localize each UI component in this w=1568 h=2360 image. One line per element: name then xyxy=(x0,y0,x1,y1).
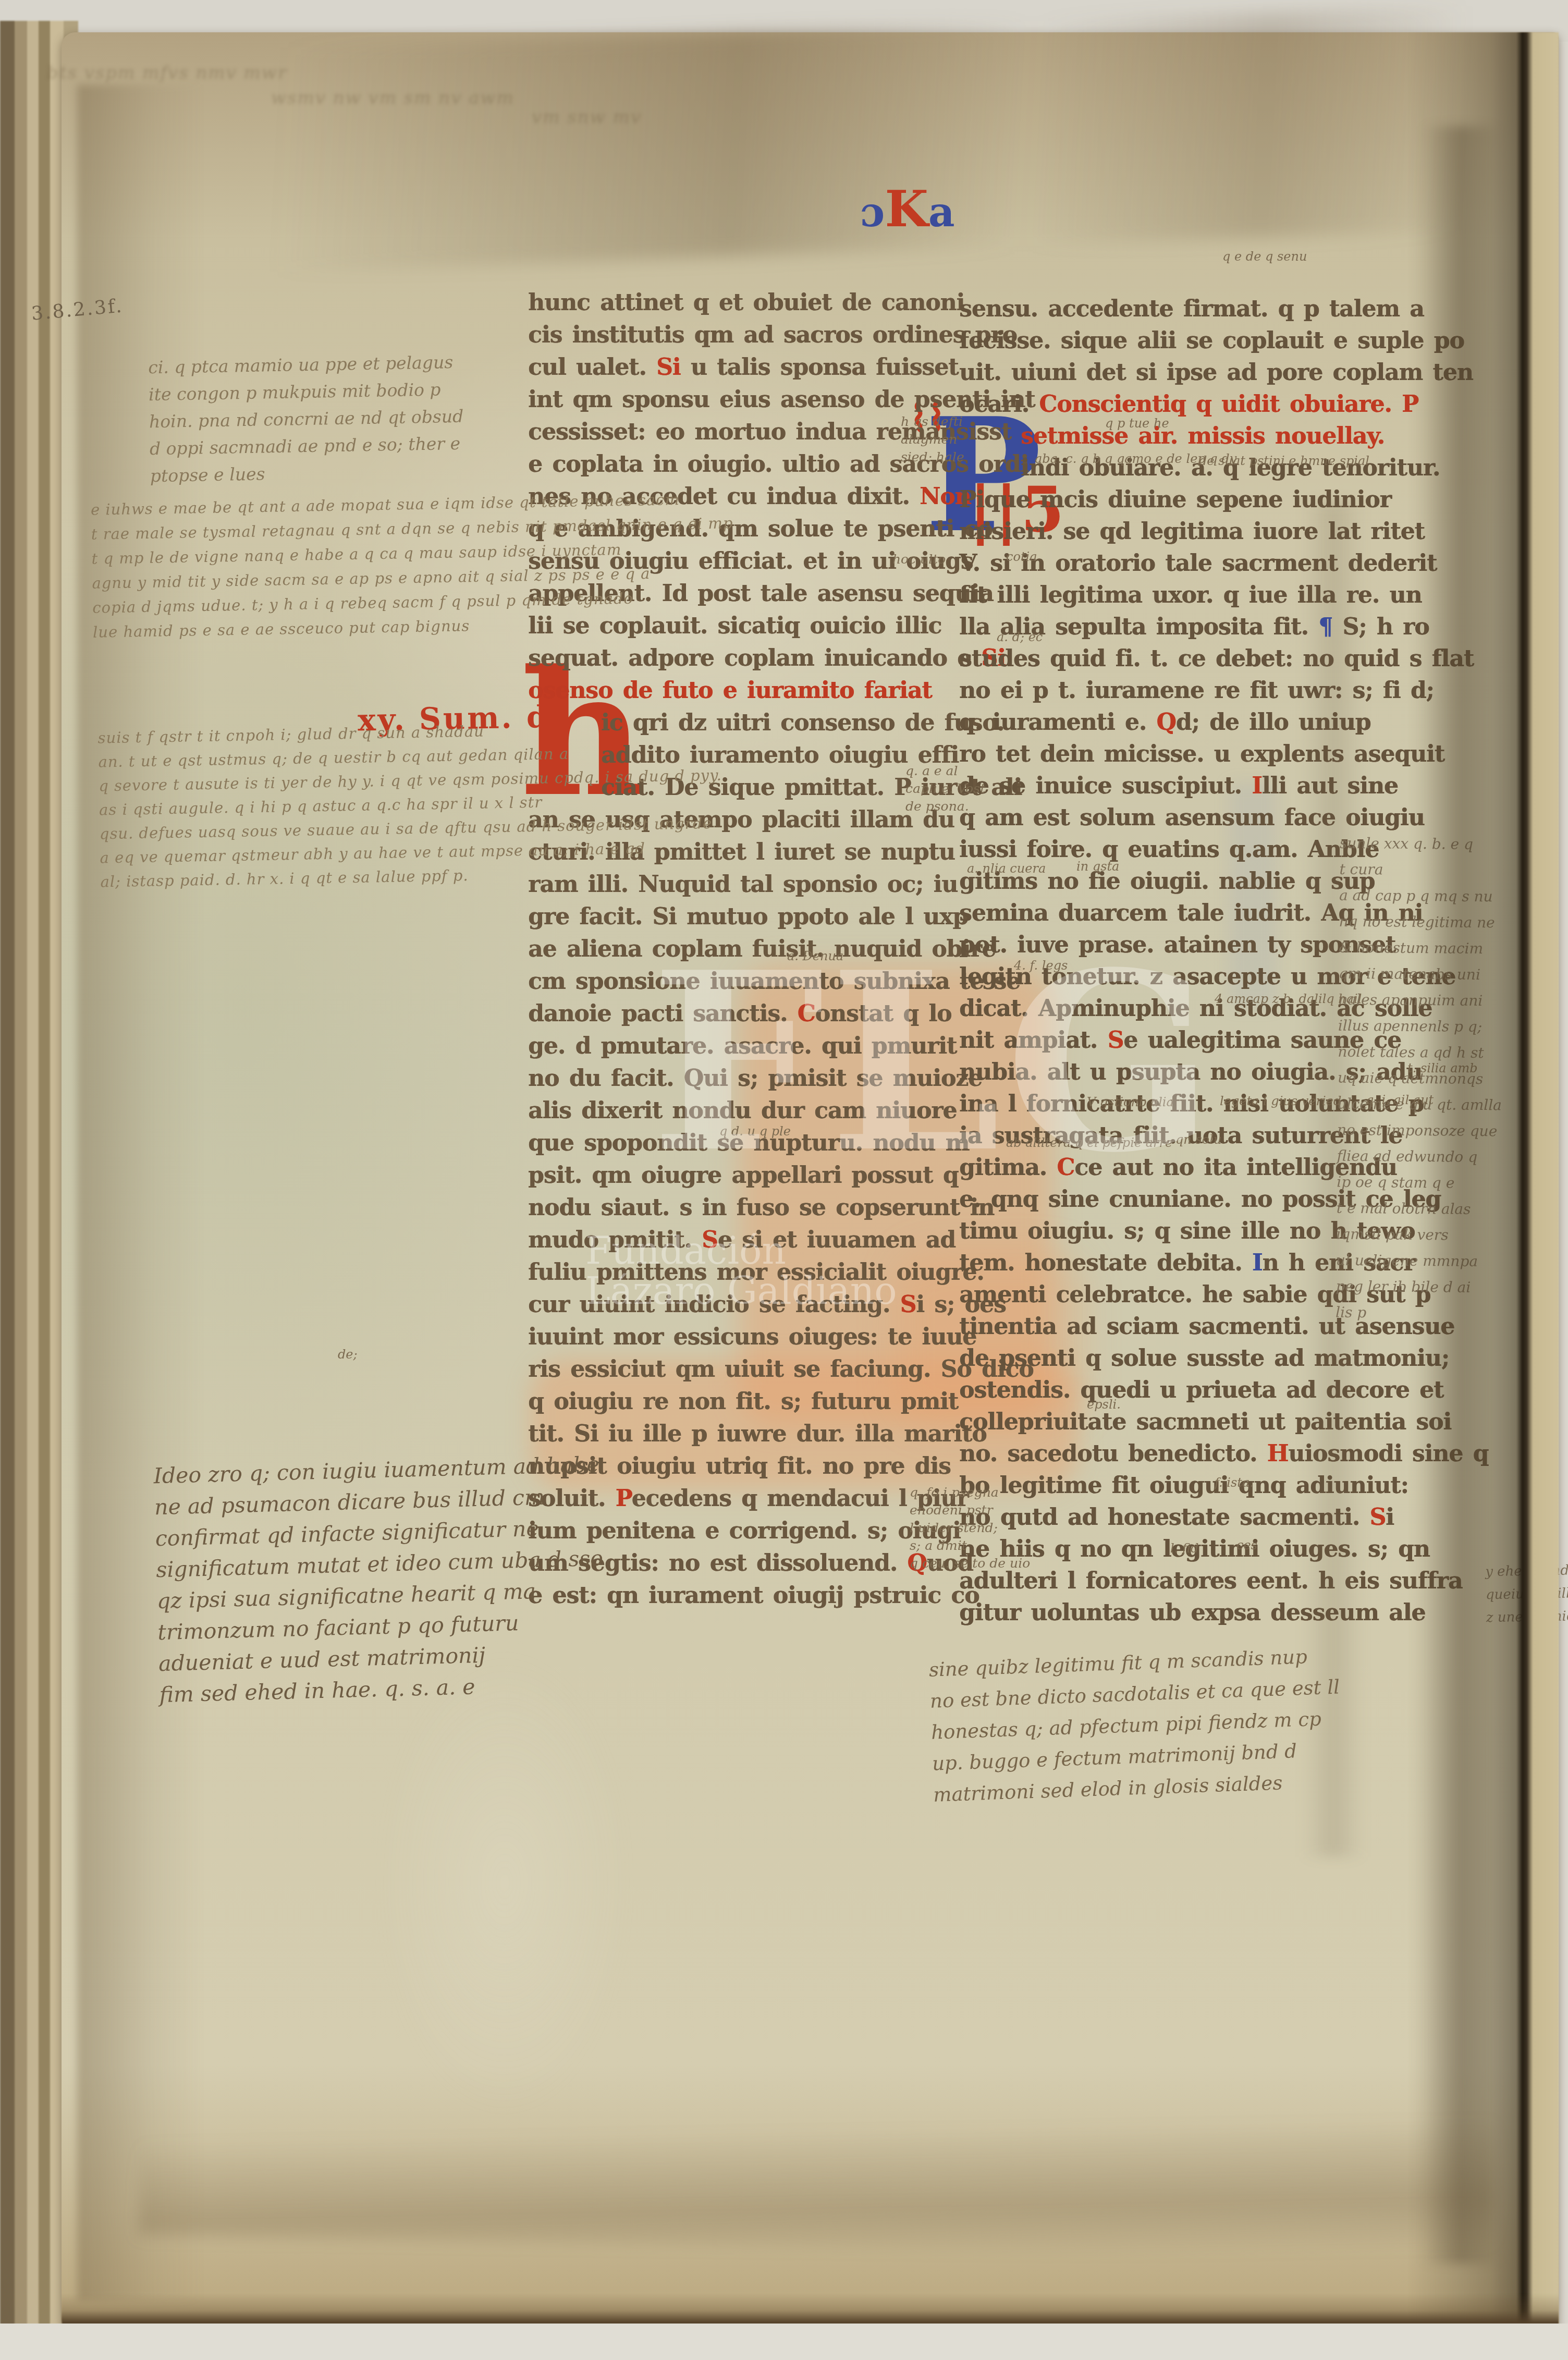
text-line: mudo pmitit. Se si et iuuamen ad xyxy=(528,1224,955,1256)
text-segment: lli aut sine xyxy=(1262,773,1398,799)
text-segment: alis dixerit nondu dur cam niuore xyxy=(528,1097,957,1124)
text-line: int qm sponsu eius asenso de psenti int xyxy=(528,384,955,416)
gloss-line: peg ler ib bile d ai xyxy=(1336,1274,1500,1301)
text-line: de se inuice suscipiut. Illi aut sine xyxy=(959,770,1387,802)
manuscript-scan: bts vspm mfvs nmv mwrwsmv nw vm sm nv aw… xyxy=(0,0,1568,2360)
text-line: cessisset: eo mortuo indua remansisst xyxy=(528,416,955,448)
text-line: no qutd ad honestate sacmenti. Si xyxy=(959,1501,1387,1533)
text-segment: cm sponsione iuuamento subnixa te se xyxy=(528,968,1020,995)
text-line: tem. honestate debita. In h eni sacr xyxy=(959,1247,1387,1279)
text-line: gre facit. Si mutuo ppoto ale l uxp xyxy=(528,901,955,933)
text-segment: sequat. adpore coplam inuicando e xyxy=(528,645,981,671)
text-segment: C xyxy=(798,1000,815,1027)
text-line: dicat. Apminuphie ni stodiat. ac solle xyxy=(959,993,1387,1024)
text-segment: de se inuice suscipiut. xyxy=(959,773,1252,799)
text-segment: Q xyxy=(1156,709,1175,736)
text-column-2: sensu. accedente firmat. q p talem afeci… xyxy=(959,293,1387,1629)
text-line: osenso de futo e iuramito fariat xyxy=(528,675,955,707)
text-line: timu oiugiu. s; q sine ille no h tewo xyxy=(959,1215,1387,1247)
gloss-line: fliea ad edwundo q xyxy=(1337,1143,1501,1171)
gloss-line: nales apanpuim ani xyxy=(1338,987,1503,1014)
text-line: cm sponsione iuuamento subnixa te se xyxy=(528,965,955,998)
text-segment: cul ualet. xyxy=(528,354,656,381)
gloss-line: t cura xyxy=(1339,857,1504,884)
text-line: ne hiis q no qn legitimi oiuges. s; qn xyxy=(959,1533,1387,1565)
text-line: collepriuitate sacmneti ut paitentia soi xyxy=(959,1406,1387,1438)
marginal-gloss-top-left-2: e iuhws e mae be qt ant a ade mopat sua … xyxy=(91,486,735,644)
text-segment: Conscientiq q uidit obuiare. P xyxy=(1039,391,1418,418)
gloss-line: sunle xxx q. b. e q xyxy=(1340,830,1504,858)
text-line: gitims no fie oiugii. nablie q sup xyxy=(959,865,1387,897)
quire-flourish-left: ɔ xyxy=(860,189,885,236)
text-line: no ei p t. iuramene re fit uwr: s; fi d; xyxy=(959,675,1387,706)
text-segment: uit. uiuni det si ipse ad pore coplam te… xyxy=(959,359,1473,386)
text-line: fecisse. sique alii se coplauit e suple … xyxy=(959,325,1387,357)
text-segment: q. iuramenti e. xyxy=(959,709,1156,736)
text-segment: bo legitime fit oiugui qnq adiuniut: xyxy=(959,1472,1408,1499)
text-segment: onstat q lo xyxy=(815,1000,952,1027)
text-segment: no du facit. Qui s; pmisit se muioze xyxy=(528,1065,982,1092)
text-segment: no ei p t. iuramene re fit uwr: s; fi d; xyxy=(959,677,1434,704)
text-segment: ro tet dein micisse. u explents asequit xyxy=(959,741,1444,767)
text-line: iuuint mor essicuns oiuges: te iuue xyxy=(528,1321,955,1353)
text-segment: I xyxy=(1252,1250,1263,1276)
text-line: q oiugiu re non fit. s; futuru pmit xyxy=(528,1386,955,1418)
text-line: e. qnq sine cnuniane. no possit ce leg xyxy=(959,1183,1387,1215)
text-segment: no. sacedotu benedicto. xyxy=(959,1440,1267,1467)
scan-background-bottom xyxy=(0,2324,1568,2360)
gloss-line: uq aie q aetmnonqs xyxy=(1338,1065,1502,1093)
text-segment: indi obuiare. a. q legre tenoritur. xyxy=(1021,455,1440,481)
text-segment: u talis sponsa fuisset xyxy=(680,354,958,381)
text-segment: q am est solum asensum face oiugiu xyxy=(959,804,1425,831)
text-line: de psenti q solue susste ad matmoniu; xyxy=(959,1342,1387,1374)
text-line: ostendis. quedi u priueta ad decore et xyxy=(959,1374,1387,1406)
text-line: iussi foire. q euatins q.am. Anble xyxy=(959,834,1387,865)
text-segment: S xyxy=(1107,1027,1123,1054)
gloss-line: t e mal olotrn alas xyxy=(1337,1195,1501,1223)
text-line: adulteri l fornicatores eent. h eis suff… xyxy=(959,1565,1387,1597)
text-segment: adulteri l fornicatores eent. h eis suff… xyxy=(959,1568,1462,1594)
text-line: V. si in oratorio tale sacrment dederit xyxy=(959,547,1387,579)
text-segment: ne hiis q no qn legitimi oiuges. s; qn xyxy=(959,1536,1430,1562)
text-line: tinentia ad sciam sacmenti. ut asensue xyxy=(959,1311,1387,1342)
gloss-line: nq no est legitima ne xyxy=(1339,909,1503,936)
text-segment: iussi foire. q euatins q.am. Anble xyxy=(959,836,1379,863)
text-line: danoie pacti sanctis. Constat q lo xyxy=(528,998,955,1030)
text-segment: gitims no fie oiugii. nablie q sup xyxy=(959,868,1375,895)
text-segment: nodu siaut. s in fuso se copserunt in xyxy=(528,1194,994,1221)
gloss-line: nolet tales a qd h st xyxy=(1338,1039,1502,1067)
text-line: sequat. adpore coplam inuicando e Si xyxy=(528,642,955,675)
text-segment: tit. Si iu ille p iuwre dur. illa marito xyxy=(528,1421,987,1447)
text-segment: P xyxy=(616,1485,632,1512)
text-line: hunc attinet q et obuiet de canoni xyxy=(528,287,955,319)
text-segment: osenso de futo e iuramito fariat xyxy=(528,677,932,704)
gloss-line: ip oe q stam q e xyxy=(1337,1169,1501,1197)
text-line: gitur uoluntas ub expsa desseum ale xyxy=(959,1597,1387,1629)
text-line: psit. qm oiugre appellari possut q xyxy=(528,1159,955,1192)
text-segment: que spopondit se nupturu. nodu m xyxy=(528,1130,969,1156)
text-column-1: hunc attinet q et obuiet de canonicis in… xyxy=(528,287,955,1612)
text-line: tit. Si iu ille p iuwre dur. illa marito xyxy=(528,1418,955,1450)
text-line: q. iuramenti e. Qd; de illo uniup xyxy=(959,706,1387,738)
text-segment: cis institutis qm ad sacros ordines pro xyxy=(528,322,1017,348)
text-line: no du facit. Qui s; pmisit se muioze xyxy=(528,1062,955,1095)
text-line: setmisse air. missis nouellay. xyxy=(959,420,1387,452)
text-line: studes quid fi. t. ce debet: no quid s f… xyxy=(959,643,1387,675)
interlinear-gloss: de; xyxy=(338,1347,358,1362)
bottom-fold-shading xyxy=(139,2080,1497,2259)
text-line: ris essiciut qm uiuit se faciung. So dic… xyxy=(528,1353,955,1386)
text-line: nit ampiat. Se ualegitima saune ce xyxy=(959,1024,1387,1056)
text-segment: gitima. xyxy=(959,1154,1057,1181)
quire-letter: K xyxy=(885,179,928,238)
text-segment: Q xyxy=(907,1550,926,1576)
text-segment: ecedens q mendacui l piur xyxy=(631,1485,968,1512)
text-segment: V. si in oratorio tale sacrment dederit xyxy=(959,550,1437,577)
text-segment: lla alia sepulta imposita fit. xyxy=(959,614,1318,640)
text-segment: uiosmodi sine q xyxy=(1288,1440,1488,1467)
text-line: que spopondit se nupturu. nodu m xyxy=(528,1127,955,1159)
text-segment: misieri. se qd legitima iuore lat ritet xyxy=(959,518,1425,545)
text-segment: psit. qm oiugre appellari possut q xyxy=(528,1162,958,1189)
text-line: ocari. Conscientiq q uidit obuiare. P xyxy=(959,388,1387,420)
text-line: pot. iuve prase. atainen ty sponset xyxy=(959,929,1387,961)
gloss-line: queiur, ur ill. q. Audo iudide xyxy=(1486,1580,1568,1606)
text-segment: ris essiciut qm uiuit se faciung. So dic… xyxy=(528,1356,1034,1383)
text-segment: q oiugiu re non fit. s; futuru pmit xyxy=(528,1388,958,1415)
text-segment: ¶ xyxy=(1318,614,1332,640)
text-line: cis institutis qm ad sacros ordines pro xyxy=(528,319,955,351)
text-segment: S xyxy=(702,1227,718,1253)
bleed-through-line: vm snw mv xyxy=(532,107,642,128)
text-line: alis dixerit nondu dur cam niuore xyxy=(528,1095,955,1127)
text-segment: fecisse. sique alii se coplauit e suple … xyxy=(959,327,1464,354)
bleed-through-line: bts vspm mfvs nmv mwr xyxy=(47,63,287,83)
text-segment: gitur uoluntas ub expsa desseum ale xyxy=(959,1599,1425,1626)
marginal-gloss-right-2: y ehe qstindqueiur, ur ill. q. Audo iudi… xyxy=(1485,1557,1568,1629)
text-line: no. sacedotu benedicto. Huiosmodi sine q xyxy=(959,1438,1387,1470)
quire-mark: ɔKa xyxy=(860,179,954,238)
text-segment: danoie pacti sanctis. xyxy=(528,1000,798,1027)
text-line: fit illi legitima uxor. q iue illa re. u… xyxy=(959,579,1387,611)
text-line: amenti celebratce. he sabie qdi sut p xyxy=(959,1279,1387,1311)
gloss-line: lis p xyxy=(1336,1300,1500,1327)
text-line: ro tet dein micisse. u explents asequit xyxy=(959,738,1387,770)
gloss-line: ptopse e lues xyxy=(150,457,464,490)
text-segment: gre facit. Si mutuo ppoto ale l uxp xyxy=(528,903,968,930)
marginal-gloss-top-left-1: ci. q ptca mamio ua ppe et pelagusite co… xyxy=(148,349,465,490)
text-segment: setmisse air. missis nouellay. xyxy=(1021,423,1385,449)
text-segment: ae aliena coplam fuisit. nuquid obire xyxy=(528,936,996,962)
text-segment: ia sustragata fiit. uota suturrent le xyxy=(959,1122,1402,1149)
marginal-gloss-bottom-center: sine quibz legitimu fit q m scandis nupn… xyxy=(928,1640,1343,1811)
text-segment: S; h ro xyxy=(1332,614,1429,640)
text-segment: d; de illo uniup xyxy=(1176,709,1371,736)
text-line: nodu siaut. s in fuso se copserunt in xyxy=(528,1192,955,1224)
text-segment: ocari. xyxy=(959,391,1039,418)
text-segment: e coplata in oiugio. ultio ad sacros ord… xyxy=(528,451,1028,478)
text-segment: i xyxy=(1386,1504,1394,1531)
text-line: bo legitime fit oiugui qnq adiuniut: xyxy=(959,1470,1387,1501)
text-segment: pot. iuve prase. atainen ty sponset xyxy=(959,932,1395,958)
text-segment: tem. honestate debita. xyxy=(959,1250,1252,1276)
text-segment: C xyxy=(1057,1154,1074,1181)
text-segment: cur uiuint indicio se facting. xyxy=(528,1291,900,1318)
gloss-line: ul ueligene mmnpa xyxy=(1336,1248,1501,1275)
gloss-line: & honestum macim xyxy=(1339,935,1503,962)
text-segment: fuliu pmittens mor essicialit oiugre. xyxy=(528,1259,984,1286)
text-segment: e si et iuuamen ad xyxy=(718,1227,955,1253)
text-segment: no qutd ad honestate sacmenti. xyxy=(959,1504,1369,1531)
text-line: misieri. se qd legitima iuore lat ritet xyxy=(959,516,1387,547)
text-segment: iuuint mor essicuns oiuges: te iuue xyxy=(528,1324,976,1350)
text-segment: I xyxy=(1252,773,1262,799)
marginal-gloss-left-3: suis t f qstr t it cnpoh i; glud dr q su… xyxy=(97,715,724,894)
highlight-patch xyxy=(374,1648,635,2118)
text-segment: ge. d pmutare. asacre. qui pmurit xyxy=(528,1033,957,1059)
text-segment: hunc attinet q et obuiet de canoni xyxy=(528,289,964,316)
parchment-page: bts vspm mfvs nmv mwrwsmv nw vm sm nv aw… xyxy=(62,32,1559,2341)
interlinear-gloss: q e de q senu xyxy=(1222,249,1307,264)
text-segment: studes quid fi. t. ce debet: no quid s f… xyxy=(959,645,1474,672)
gloss-line: d oppi sacmnadi ae pnd e so; ther e xyxy=(149,430,464,463)
text-line: uit. uiuni det si ipse ad pore coplam te… xyxy=(959,357,1387,388)
marginal-gloss-bottom-left: Ideo zro q; con iugiu iuamentum ad haben… xyxy=(153,1449,607,1710)
text-segment: collepriuitate sacmneti ut paitentia soi xyxy=(959,1409,1451,1435)
text-line: q am est solum asensum face oiugiu xyxy=(959,802,1387,834)
text-segment: Pique mcis diuine sepene iudinior xyxy=(959,486,1391,513)
text-line: semina duarcem tale iudrit. Aq in ni xyxy=(959,897,1387,929)
text-line: fuliu pmittens mor essicialit oiugre. xyxy=(528,1256,955,1289)
text-segment: H xyxy=(1267,1440,1289,1467)
gloss-line: a ad cap p q mq s nu xyxy=(1339,883,1504,910)
text-line: cul ualet. Si u talis sponsa fuisset xyxy=(528,351,955,384)
text-line: e coplata in oiugio. ultio ad sacros ord… xyxy=(528,448,955,481)
gloss-line: iqmsil pak vers xyxy=(1336,1221,1501,1249)
gloss-line: illus apennenls p q; xyxy=(1338,1013,1503,1041)
text-line: ae aliena coplam fuisit. nuquid obire xyxy=(528,933,955,965)
text-line: ia sustragata fiit. uota suturrent le xyxy=(959,1120,1387,1152)
marginal-gloss-right: sunle xxx q. b. e qt curaa ad cap p q mq… xyxy=(1336,830,1504,1327)
text-line: lla alia sepulta imposita fit. ¶ S; h ro xyxy=(959,611,1387,643)
text-line: indi obuiare. a. q legre tenoritur. xyxy=(959,452,1387,484)
text-line: nubia. alt u psupta no oiugia. s; adu xyxy=(959,1056,1387,1088)
text-segment: nit ampiat. xyxy=(959,1027,1107,1054)
text-segment: mudo pmitit. xyxy=(528,1227,702,1253)
quire-flourish-right: a xyxy=(928,189,955,236)
text-line: ge. d pmutare. asacre. qui pmurit xyxy=(528,1030,955,1062)
gloss-line: ulceme e q u qt. amlla xyxy=(1337,1091,1502,1119)
text-line: gitima. Cce aut no ita intelligendu xyxy=(959,1152,1387,1183)
gloss-line: qm ii matenabs uni xyxy=(1339,961,1503,988)
text-segment: sensu. accedente firmat. q p talem a xyxy=(959,296,1424,322)
text-line: ina l fornicatrte fiit. nisi uoluntate p xyxy=(959,1088,1387,1120)
text-line: cur uiuint indicio se facting. Si s; oes xyxy=(528,1289,955,1321)
text-line: sensu. accedente firmat. q p talem a xyxy=(959,293,1387,325)
text-segment: S xyxy=(1369,1504,1386,1531)
text-segment: de psenti q solue susste ad matmoniu; xyxy=(959,1345,1449,1372)
text-segment: S xyxy=(900,1291,916,1318)
gloss-line: y ehe qstind xyxy=(1485,1557,1568,1583)
text-segment: Si xyxy=(656,354,681,381)
text-line: Pique mcis diuine sepene iudinior xyxy=(959,484,1387,516)
gloss-line: z uneq fomicacoes xyxy=(1486,1603,1568,1629)
text-line: legitn tonetur. z asacepte u mor e tene xyxy=(959,961,1387,993)
bleed-through-line: wsmv nw vm sm nv awm xyxy=(271,88,514,108)
text-segment: fit illi legitima uxor. q iue illa re. u… xyxy=(959,582,1422,608)
gloss-line: no est imponsoze que xyxy=(1337,1117,1502,1145)
text-segment: cessisset: eo mortuo indua remansisst xyxy=(528,419,1011,445)
text-segment: ostendis. quedi u priueta ad decore et xyxy=(959,1377,1443,1403)
